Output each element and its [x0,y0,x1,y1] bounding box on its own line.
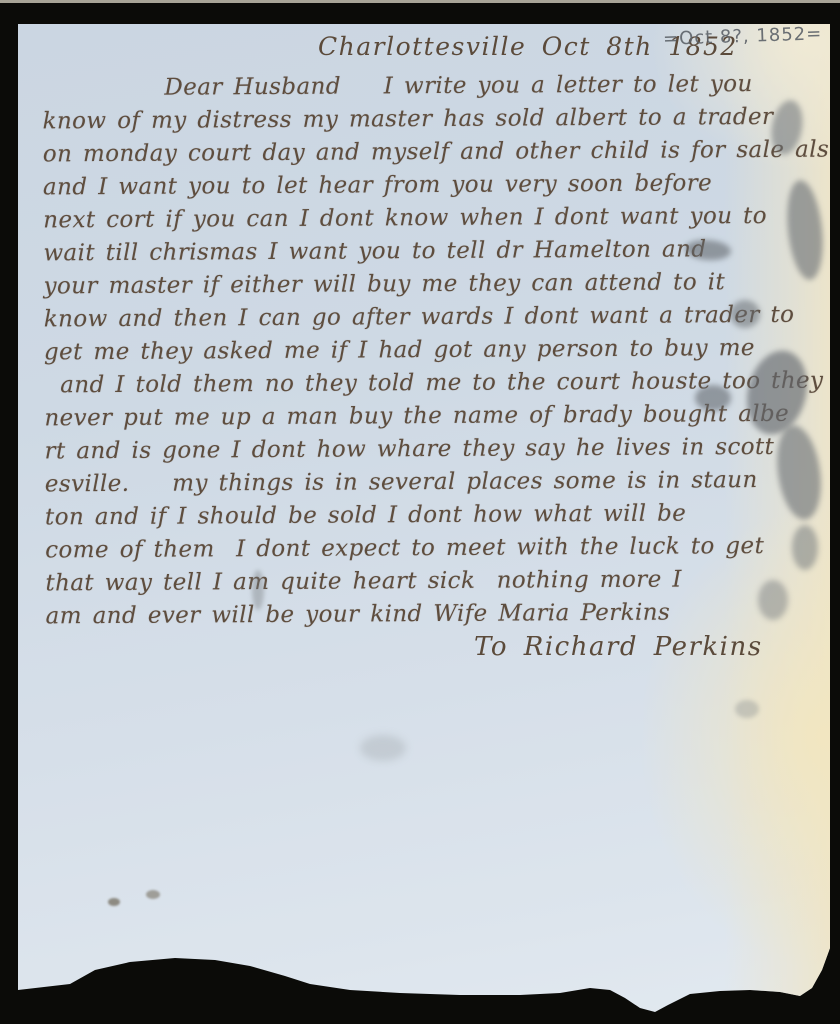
letter-line: on monday court day and myself and other… [43,134,829,172]
ink-stain [758,580,788,620]
letter-line: Dear Husband I write you a letter to let… [164,68,828,105]
letter-line: next cort if you can I dont know when I … [43,200,829,238]
letter-paper: Charlottesville Oct 8th 1852 =Oct 8?, 18… [18,24,830,1014]
letter-line: esville. my things is in several places … [45,464,831,502]
archivist-annotation: =Oct 8?, 1852= [662,23,822,50]
paper-speck [146,890,160,899]
letter-line: and I want you to let hear from you very… [43,167,829,205]
letter-line: that way tell I am quite heart sick noth… [45,563,831,601]
letter-body: Dear Husband I write you a letter to let… [42,68,831,634]
letter-line: get me they asked me if I had got any pe… [44,332,830,370]
letter-closing: To Richard Perkins [474,632,763,662]
ink-blot [695,385,731,411]
letter-line: am and ever will be your kind Wife Maria… [46,596,832,634]
letter-line: know and then I can go after wards I don… [44,299,830,337]
letter-line: your master if either will buy me they c… [44,266,830,304]
letter-line: know of my distress my master has sold a… [42,101,828,139]
smudge-mark [360,735,406,761]
paper-speck [108,898,120,906]
letter-line: rt and is gone I dont how whare they say… [45,431,831,469]
smudge-mark [252,570,264,610]
letter-line: ton and if I should be sold I dont how w… [45,497,831,535]
letter-line: come of them I dont expect to meet with … [45,530,831,568]
ink-blot [730,300,760,328]
smudge-mark [735,700,759,718]
scan-edge-strip [0,0,840,3]
photo-frame: Charlottesville Oct 8th 1852 =Oct 8?, 18… [0,0,840,1024]
ink-stain [792,525,818,570]
letter-header: Charlottesville Oct 8th 1852 =Oct 8?, 18… [18,24,830,66]
